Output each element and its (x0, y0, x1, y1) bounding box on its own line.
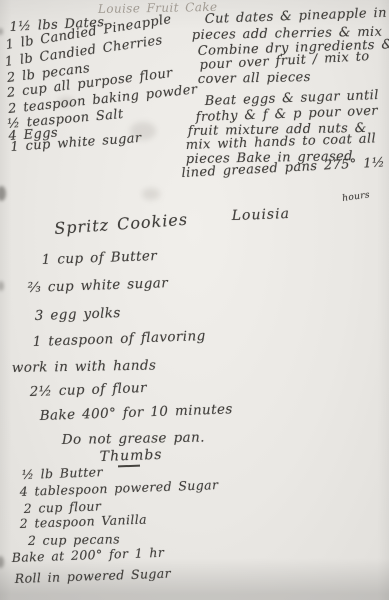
paper-stain (130, 122, 156, 140)
spritz-heading: Spritz Cookies (54, 210, 189, 238)
instruction-line: Cut dates & pineapple in (204, 6, 387, 27)
recipe-line: work in with hands (12, 357, 157, 376)
heading-underline (118, 465, 140, 467)
recipe-line: 1 teaspoon of flavoring (32, 328, 205, 350)
recipe-line: 1 cup of Butter (41, 248, 157, 268)
edge-smudge (0, 186, 6, 201)
thumbs-heading: Thumbs (99, 447, 162, 465)
attribution-signature: Louisia (231, 206, 290, 224)
edge-smudge (0, 281, 4, 291)
edge-smudge (0, 28, 3, 35)
recipe-line: ⅔ cup white sugar (27, 275, 168, 296)
recipe-line: 2½ cup of flour (29, 380, 147, 400)
recipe-line: 2 teaspoon Vanilla (19, 512, 147, 531)
recipe-line: Roll in powered Sugar (14, 566, 171, 586)
paper-stain (142, 188, 160, 200)
recipe-line: Bake 400° for 10 minutes (39, 401, 232, 424)
edge-smudge (0, 556, 4, 568)
recipe-line: 3 egg yolks (34, 305, 121, 324)
instruction-line: hours (342, 190, 371, 204)
recipe-line: ½ lb Butter (21, 464, 103, 482)
instruction-line: cover all pieces (198, 70, 311, 87)
paper-stain (58, 97, 74, 107)
recipe-line: 2 cup pecans (28, 531, 120, 548)
recipe-line: Do not grease pan. (62, 430, 205, 448)
recipe-page: Louise Fruit Cake 1½ lbs Dates 1 lb Cand… (0, 0, 389, 600)
